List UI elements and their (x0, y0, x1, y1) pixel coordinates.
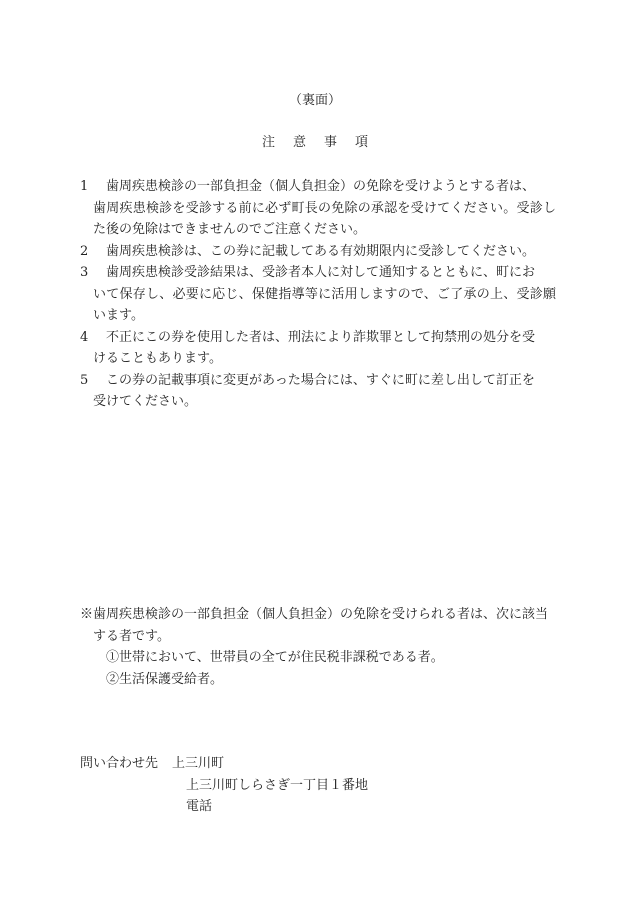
note-number: 5 (80, 370, 93, 392)
remarks-lead: ※歯周疾患検診の一部負担金（個人負担金）の免除を受けられる者は、次に該当する者で… (80, 604, 556, 647)
title-char: 事 (324, 135, 337, 151)
note-body: 歯周疾患検診を受診する前に必ず町長の免除の承認を受けてください。受診した後の免除… (93, 198, 556, 241)
note-item: 3 歯周疾患検診受診結果は、受診者本人に対して通知するとともに、町にお いて保存… (80, 262, 556, 327)
note-body: けることもあります。 (93, 348, 556, 370)
note-item: 5 この券の記載事項に変更があった場合には、すぐに町に差し出して訂正を 受けてく… (80, 370, 556, 413)
note-number: 2 (80, 241, 93, 263)
note-first-line: 不正にこの券を使用した者は、刑法により詐欺罪として拘禁刑の処分を受 (106, 327, 556, 349)
contact-address: 上三川町しらさぎ一丁目１番地 (186, 775, 368, 797)
eligibility-remarks: ※歯周疾患検診の一部負担金（個人負担金）の免除を受けられる者は、次に該当する者で… (80, 604, 556, 690)
contact-phone-label: 電話 (186, 796, 212, 818)
title-char: 注 (262, 135, 275, 151)
note-item: 1 歯周疾患検診の一部負担金（個人負担金）の免除を受けようとする者は、 歯周疾患… (80, 176, 556, 241)
note-first-line: 歯周疾患検診受診結果は、受診者本人に対して通知するとともに、町にお (106, 262, 556, 284)
notes-list: 1 歯周疾患検診の一部負担金（個人負担金）の免除を受けようとする者は、 歯周疾患… (80, 176, 556, 413)
note-number: 3 (80, 262, 93, 284)
side-label: （裏面） (0, 93, 630, 109)
page-title: 注意事項 (0, 135, 630, 151)
contact-town: 上三川町 (172, 753, 224, 775)
contact-label: 問い合わせ先 (80, 753, 158, 775)
contact-row: 問い合わせ先 上三川町 (80, 753, 556, 775)
document-page: （裏面） 注意事項 1 歯周疾患検診の一部負担金（個人負担金）の免除を受けようと… (0, 0, 630, 903)
title-char: 意 (293, 135, 306, 151)
note-number: 1 (80, 176, 93, 198)
contact-row: 電話 (80, 796, 556, 818)
title-char: 項 (355, 135, 368, 151)
note-item: 4 不正にこの券を使用した者は、刑法により詐欺罪として拘禁刑の処分を受 けること… (80, 327, 556, 370)
note-body: 受けてください。 (93, 391, 556, 413)
contact-row: 上三川町しらさぎ一丁目１番地 (80, 775, 556, 797)
note-body: いて保存し、必要に応じ、保健指導等に活用しますので、ご了承の上、受診願います。 (93, 284, 556, 327)
note-first-line: 歯周疾患検診は、この券に記載してある有効期限内に受診してください。 (106, 241, 556, 263)
contact-info: 問い合わせ先 上三川町 上三川町しらさぎ一丁目１番地 電話 (80, 753, 556, 818)
note-item: 2 歯周疾患検診は、この券に記載してある有効期限内に受診してください。 (80, 241, 556, 263)
note-number: 4 (80, 327, 93, 349)
note-first-line: 歯周疾患検診の一部負担金（個人負担金）の免除を受けようとする者は、 (106, 176, 556, 198)
note-first-line: この券の記載事項に変更があった場合には、すぐに町に差し出して訂正を (106, 370, 556, 392)
remarks-item: ①世帯において、世帯員の全てが住民税非課税である者。 (80, 647, 556, 669)
remarks-item: ②生活保護受給者。 (80, 669, 556, 691)
